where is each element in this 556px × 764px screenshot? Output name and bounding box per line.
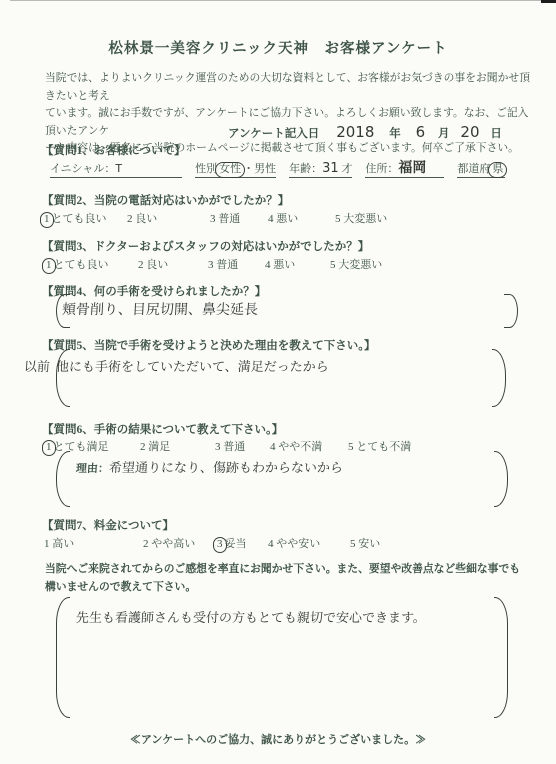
date-label: アンケート記入日: [228, 128, 319, 140]
date-year-unit: 年: [389, 128, 401, 140]
q6-header: 【質問6、手術の結果について教えて下さい。】: [42, 421, 283, 437]
initial-label: イニシャル：: [50, 163, 115, 175]
gender-male-option: 男性: [254, 163, 276, 175]
q5-answer-handwritten: 以前他にも手術をしていただいて、満足だったから: [24, 356, 330, 375]
page-title: 松林景一美容クリニック天神 お客様アンケート: [0, 37, 556, 58]
bracket-right: [494, 451, 508, 507]
gender-female-option: 女性: [215, 162, 245, 178]
prefecture-circled-char: 県: [488, 162, 507, 178]
q7-option-2: 2 やや高い: [143, 535, 195, 551]
q2-option-1: 1とても良い: [42, 210, 107, 226]
age-label: 年齢：: [289, 163, 322, 175]
option-label: やや安い: [276, 538, 320, 550]
q3-option-2: 2 良い: [138, 256, 168, 272]
survey-scan-page: 松林景一美容クリニック天神 お客様アンケート 当院では、よりよいクリニック運営の…: [0, 0, 556, 764]
survey-date-line: アンケート記入日 2018 年 6 月 20 日: [228, 123, 502, 141]
option-label: 大変悪い: [338, 259, 382, 271]
option-number: 2: [143, 538, 149, 550]
option-number: 1: [44, 538, 50, 550]
comment-prompt-line: 当院へご来院されてからのご感想を率直にお聞かせ下さい。また、要望や改善点など些細…: [45, 561, 535, 579]
q2-option-3: 3 普通: [210, 210, 240, 226]
q7-options-row: 1 高い 2 やや高い 3妥当 4 やや安い 5 安い: [0, 535, 556, 551]
option-number: 3: [210, 213, 216, 225]
option-number: 5: [330, 259, 336, 271]
q7-option-4: 4 やや安い: [268, 535, 320, 551]
address-value-handwritten: 福岡: [398, 160, 426, 176]
q4-answer-handwritten: 頬骨削り、目尻切開、鼻尖延長: [61, 299, 258, 319]
q5-answer-outside-bracket: 以前: [24, 360, 51, 375]
q2-options-row: 1とても良い 2 良い 3 普通 4 悪い 5 大変悪い: [0, 210, 556, 226]
date-day-handwritten: 20: [460, 123, 479, 141]
comment-prompt-line: 構いませんので教えて下さい。: [45, 579, 535, 597]
date-month-handwritten: 6: [416, 123, 426, 141]
q3-option-1: 1とても良い: [44, 256, 109, 272]
bracket-right: [492, 349, 506, 407]
intro-line: 当院では、よりよいクリニック運営のための大切な資料として、お客様がお気づきの事を…: [45, 70, 530, 105]
q1-fields-line: イニシャル：T性別女性・男性年齢：31 才住所：福岡都道府県: [50, 157, 505, 177]
date-month-unit: 月: [438, 128, 450, 140]
option-number: 3: [208, 259, 214, 271]
prefecture-field: 都道府県: [457, 163, 505, 178]
date-year-handwritten: 2018: [336, 123, 374, 141]
age-value-handwritten: 31: [322, 161, 339, 176]
option-label: 普通: [216, 259, 238, 271]
option-label: とても良い: [52, 213, 107, 225]
q3-option-4: 4 悪い: [265, 256, 295, 272]
option-label: 悪い: [276, 213, 298, 225]
q2-option-5: 5 大変悪い: [335, 210, 387, 226]
q7-option-5: 5 安い: [350, 535, 380, 551]
gender-label: 性別: [195, 163, 217, 175]
initial-field: イニシャル：T: [50, 163, 182, 178]
option-number: 2: [138, 259, 144, 271]
option-label: 良い: [135, 213, 157, 225]
option-label: 高い: [52, 538, 74, 550]
q3-option-5: 5 大変悪い: [330, 256, 382, 272]
q5-answer-inside-bracket: 他にも手術をしていただいて、満足だったから: [56, 360, 330, 375]
q3-options-row: 1とても良い 2 良い 3 普通 4 悪い 5 大変悪い: [0, 256, 556, 272]
address-field: 住所：福岡: [365, 163, 444, 178]
option-label: 普通: [218, 213, 240, 225]
comment-prompt: 当院へご来院されてからのご感想を率直にお聞かせ下さい。また、要望や改善点など些細…: [45, 561, 535, 596]
option-number: 4: [268, 538, 274, 550]
initial-value-handwritten: T: [115, 162, 122, 175]
bracket-right: [504, 294, 518, 328]
date-day-unit: 日: [490, 128, 502, 140]
reason-label: 理由：: [76, 463, 110, 475]
q2-option-4: 4 悪い: [268, 210, 298, 226]
scan-edge-line: [10, 0, 556, 1]
q1-header: 【質問1、お客様について】: [42, 142, 186, 158]
address-label: 住所：: [365, 163, 398, 175]
age-field: 年齢：31 才: [289, 163, 352, 178]
q7-header: 【質問7、料金について】: [42, 517, 174, 533]
q3-option-3: 3 普通: [208, 256, 238, 272]
bracket-right: [494, 597, 508, 718]
option-number: 5: [335, 213, 341, 225]
option-label: 良い: [146, 259, 168, 271]
q7-option-3: 3妥当: [215, 535, 247, 551]
option-number: 4: [268, 213, 274, 225]
option-number: 2: [127, 213, 133, 225]
option-label: やや高い: [151, 538, 195, 550]
option-label: 安い: [358, 538, 380, 550]
option-label: とても良い: [54, 259, 109, 271]
q6-reason-line: 理由：希望通りになり、傷跡もわからないから: [75, 457, 343, 477]
bracket-left: [56, 597, 70, 718]
option-number: 4: [265, 259, 271, 271]
q7-option-1: 1 高い: [44, 535, 74, 551]
scan-corner-mark: [541, 0, 556, 3]
footer-thanks: ≪アンケートへのご協力、誠にありがとうございました。≫: [0, 731, 556, 747]
q6-reason-handwritten: 希望通りになり、傷跡もわからないから: [109, 461, 344, 476]
age-unit: 才: [341, 163, 352, 175]
gender-separator: ・: [243, 163, 254, 175]
q3-header: 【質問3、ドクターおよびスタッフの対応はいかがでしたか？】: [42, 238, 369, 254]
option-number: 5: [350, 538, 356, 550]
prefecture-prefix: 都道府: [457, 163, 490, 175]
q2-option-2: 2 良い: [127, 210, 157, 226]
q2-header: 【質問2、当院の電話対応はいかがでしたか？】: [42, 192, 289, 208]
option-label: 悪い: [273, 259, 295, 271]
option-label: 大変悪い: [343, 213, 387, 225]
option-label: 妥当: [225, 538, 247, 550]
gender-field: 性別女性・男性: [195, 163, 276, 178]
bracket-left: [56, 451, 70, 507]
comment-answer-handwritten: 先生も看護師さんも受付の方もとても親切で安心できます。: [76, 607, 427, 626]
